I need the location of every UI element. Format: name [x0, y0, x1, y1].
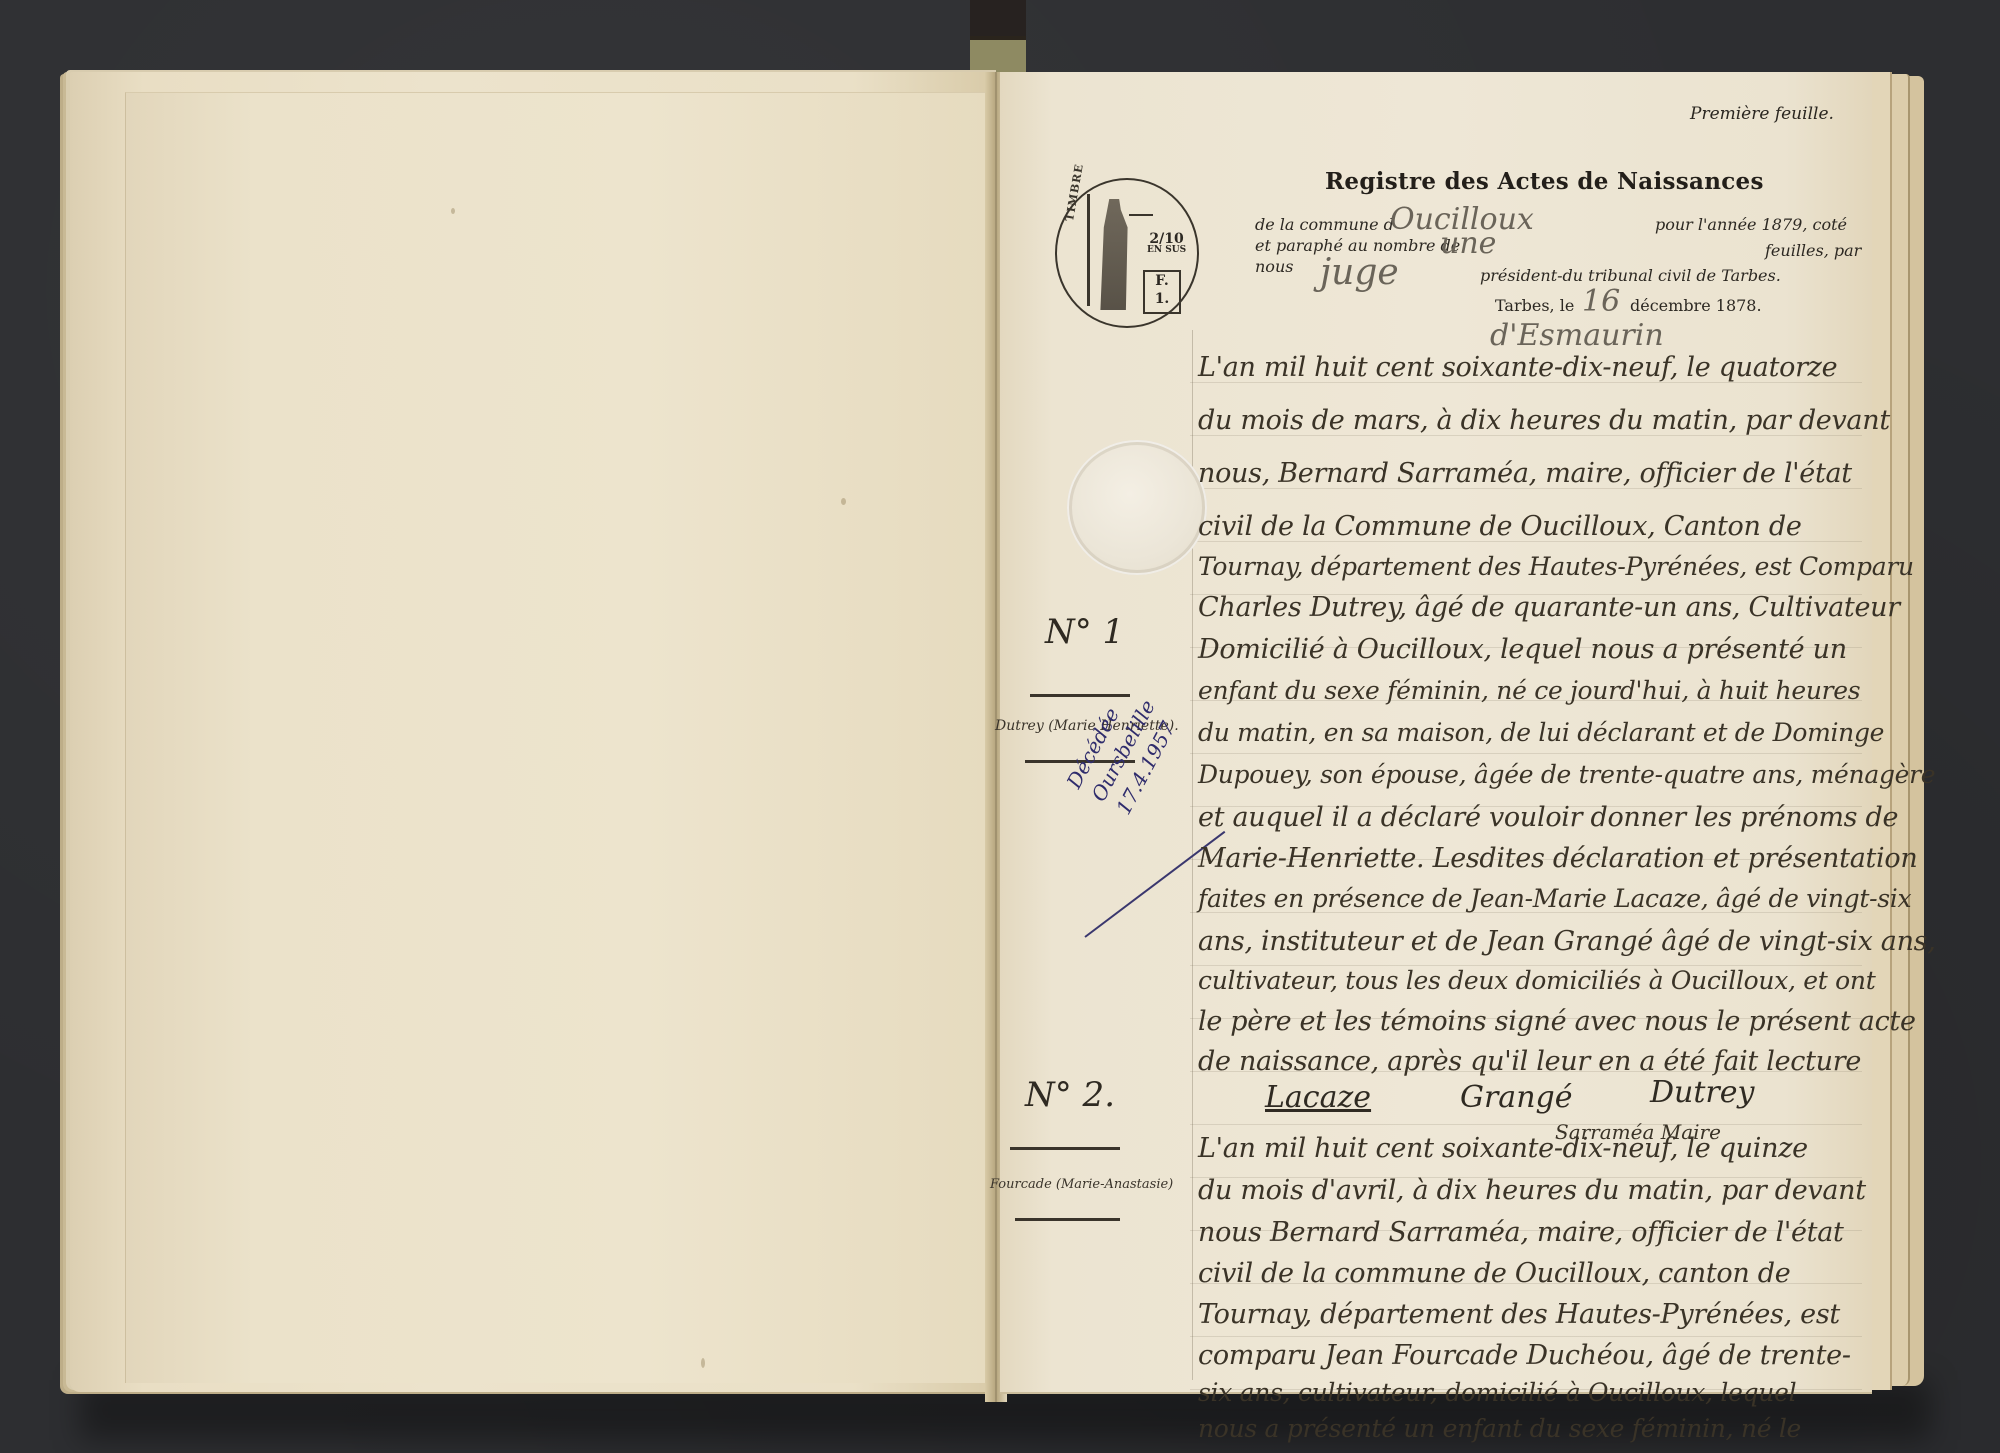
entry-line: le père et les témoins signé avec nous l…: [1198, 1006, 1916, 1037]
paper-speck: [701, 1358, 705, 1368]
witness-signature: Lacaze: [1265, 1080, 1371, 1115]
entry-line: L'an mil huit cent soixante-dix-neuf, le…: [1198, 352, 1837, 383]
president-signature: d'Esmaurin: [1490, 318, 1664, 353]
scales-icon: [1129, 204, 1153, 216]
entry-line: de naissance, après qu'il leur en a été …: [1198, 1046, 1861, 1077]
entry-number: N° 1: [1045, 612, 1124, 652]
entry-line: du matin, en sa maison, de lui déclarant…: [1198, 718, 1884, 747]
role-handwritten: juge: [1320, 252, 1399, 293]
stamp-value: F. 1.: [1143, 270, 1181, 314]
entry-line: Domicilié à Oucilloux, lequel nous a pré…: [1198, 634, 1847, 665]
embossed-seal: [1067, 440, 1207, 575]
preamble-nous: nous: [1255, 257, 1293, 276]
sheet-count-handwritten: une: [1440, 226, 1496, 261]
entry-line: cultivateur, tous les deux domiciliés à …: [1198, 966, 1875, 995]
paper-speck: [841, 498, 846, 505]
ribbon-shadow: [970, 0, 1026, 36]
fiscal-stamp: TIMBRE 2/10 EN SUS F. 1.: [1055, 178, 1199, 328]
stamp-staff-icon: [1087, 194, 1090, 306]
entry-line: nous, Bernard Sarraméa, maire, officier …: [1198, 458, 1852, 489]
entry-line: L'an mil huit cent soixante-dix-neuf, le…: [1198, 1133, 1808, 1164]
entry-line: et auquel il a déclaré vouloir donner le…: [1198, 802, 1898, 833]
sheet-label: Première feuille.: [1690, 104, 1834, 124]
paper-speck: [451, 208, 455, 214]
register-title: Registre des Actes de Naissances: [1325, 168, 1764, 195]
entry-line: du mois d'avril, à dix heures du matin, …: [1198, 1175, 1866, 1206]
witness-signature: Grangé: [1460, 1080, 1572, 1115]
entry-line: ans, instituteur et de Jean Grangé âgé d…: [1198, 926, 1936, 957]
justice-figure-icon: [1097, 192, 1131, 310]
entry-line: du mois de mars, à dix heures du matin, …: [1198, 405, 1890, 436]
entry-line: civil de la commune de Oucilloux, canton…: [1198, 1258, 1790, 1289]
preamble-sheets: feuilles, par: [1765, 241, 1861, 260]
entry-line: Marie-Henriette. Lesdites déclaration et…: [1198, 843, 1917, 874]
preamble-place: Tarbes, le: [1495, 296, 1574, 315]
entry-line: enfant du sexe féminin, né ce jourd'hui,…: [1198, 676, 1860, 705]
entry-line: nous a présenté un enfant du sexe fémini…: [1198, 1414, 1801, 1443]
entry-line: Tournay, département des Hautes-Pyrénées…: [1198, 552, 1914, 581]
left-page-blank-sheet: [125, 92, 988, 1383]
preamble-commune-label: de la commune d: [1255, 215, 1394, 234]
date-day-handwritten: 16: [1582, 284, 1620, 319]
entry-number: N° 2.: [1025, 1075, 1115, 1115]
entry-line: Dupouey, son épouse, âgée de trente-quat…: [1198, 760, 1935, 789]
entry-line: Tournay, département des Hautes-Pyrénées…: [1198, 1299, 1840, 1330]
preamble-date: décembre 1878.: [1630, 296, 1762, 315]
entry-margin-name: Fourcade (Marie-Anastasie): [990, 1177, 1173, 1192]
margin-divider: [1010, 1147, 1120, 1150]
entry-line: Charles Dutrey, âgé de quarante-un ans, …: [1198, 592, 1900, 623]
entry-line: six ans, cultivateur, domicilié à Oucill…: [1198, 1378, 1796, 1407]
entry-line: civil de la Commune de Oucilloux, Canton…: [1198, 511, 1802, 542]
father-signature: Dutrey: [1650, 1075, 1754, 1110]
entry-line: faites en présence de Jean-Marie Lacaze,…: [1198, 884, 1911, 913]
entry-line: comparu Jean Fourcade Duchéou, âgé de tr…: [1198, 1340, 1851, 1371]
stamp-tax: 2/10 EN SUS: [1147, 232, 1186, 255]
margin-divider: [1015, 1218, 1120, 1221]
preamble-tribunal: président-du tribunal civil de Tarbes.: [1480, 266, 1781, 285]
preamble-year: pour l'année 1879, coté: [1655, 215, 1847, 234]
entry-line: nous Bernard Sarraméa, maire, officier d…: [1198, 1217, 1844, 1248]
